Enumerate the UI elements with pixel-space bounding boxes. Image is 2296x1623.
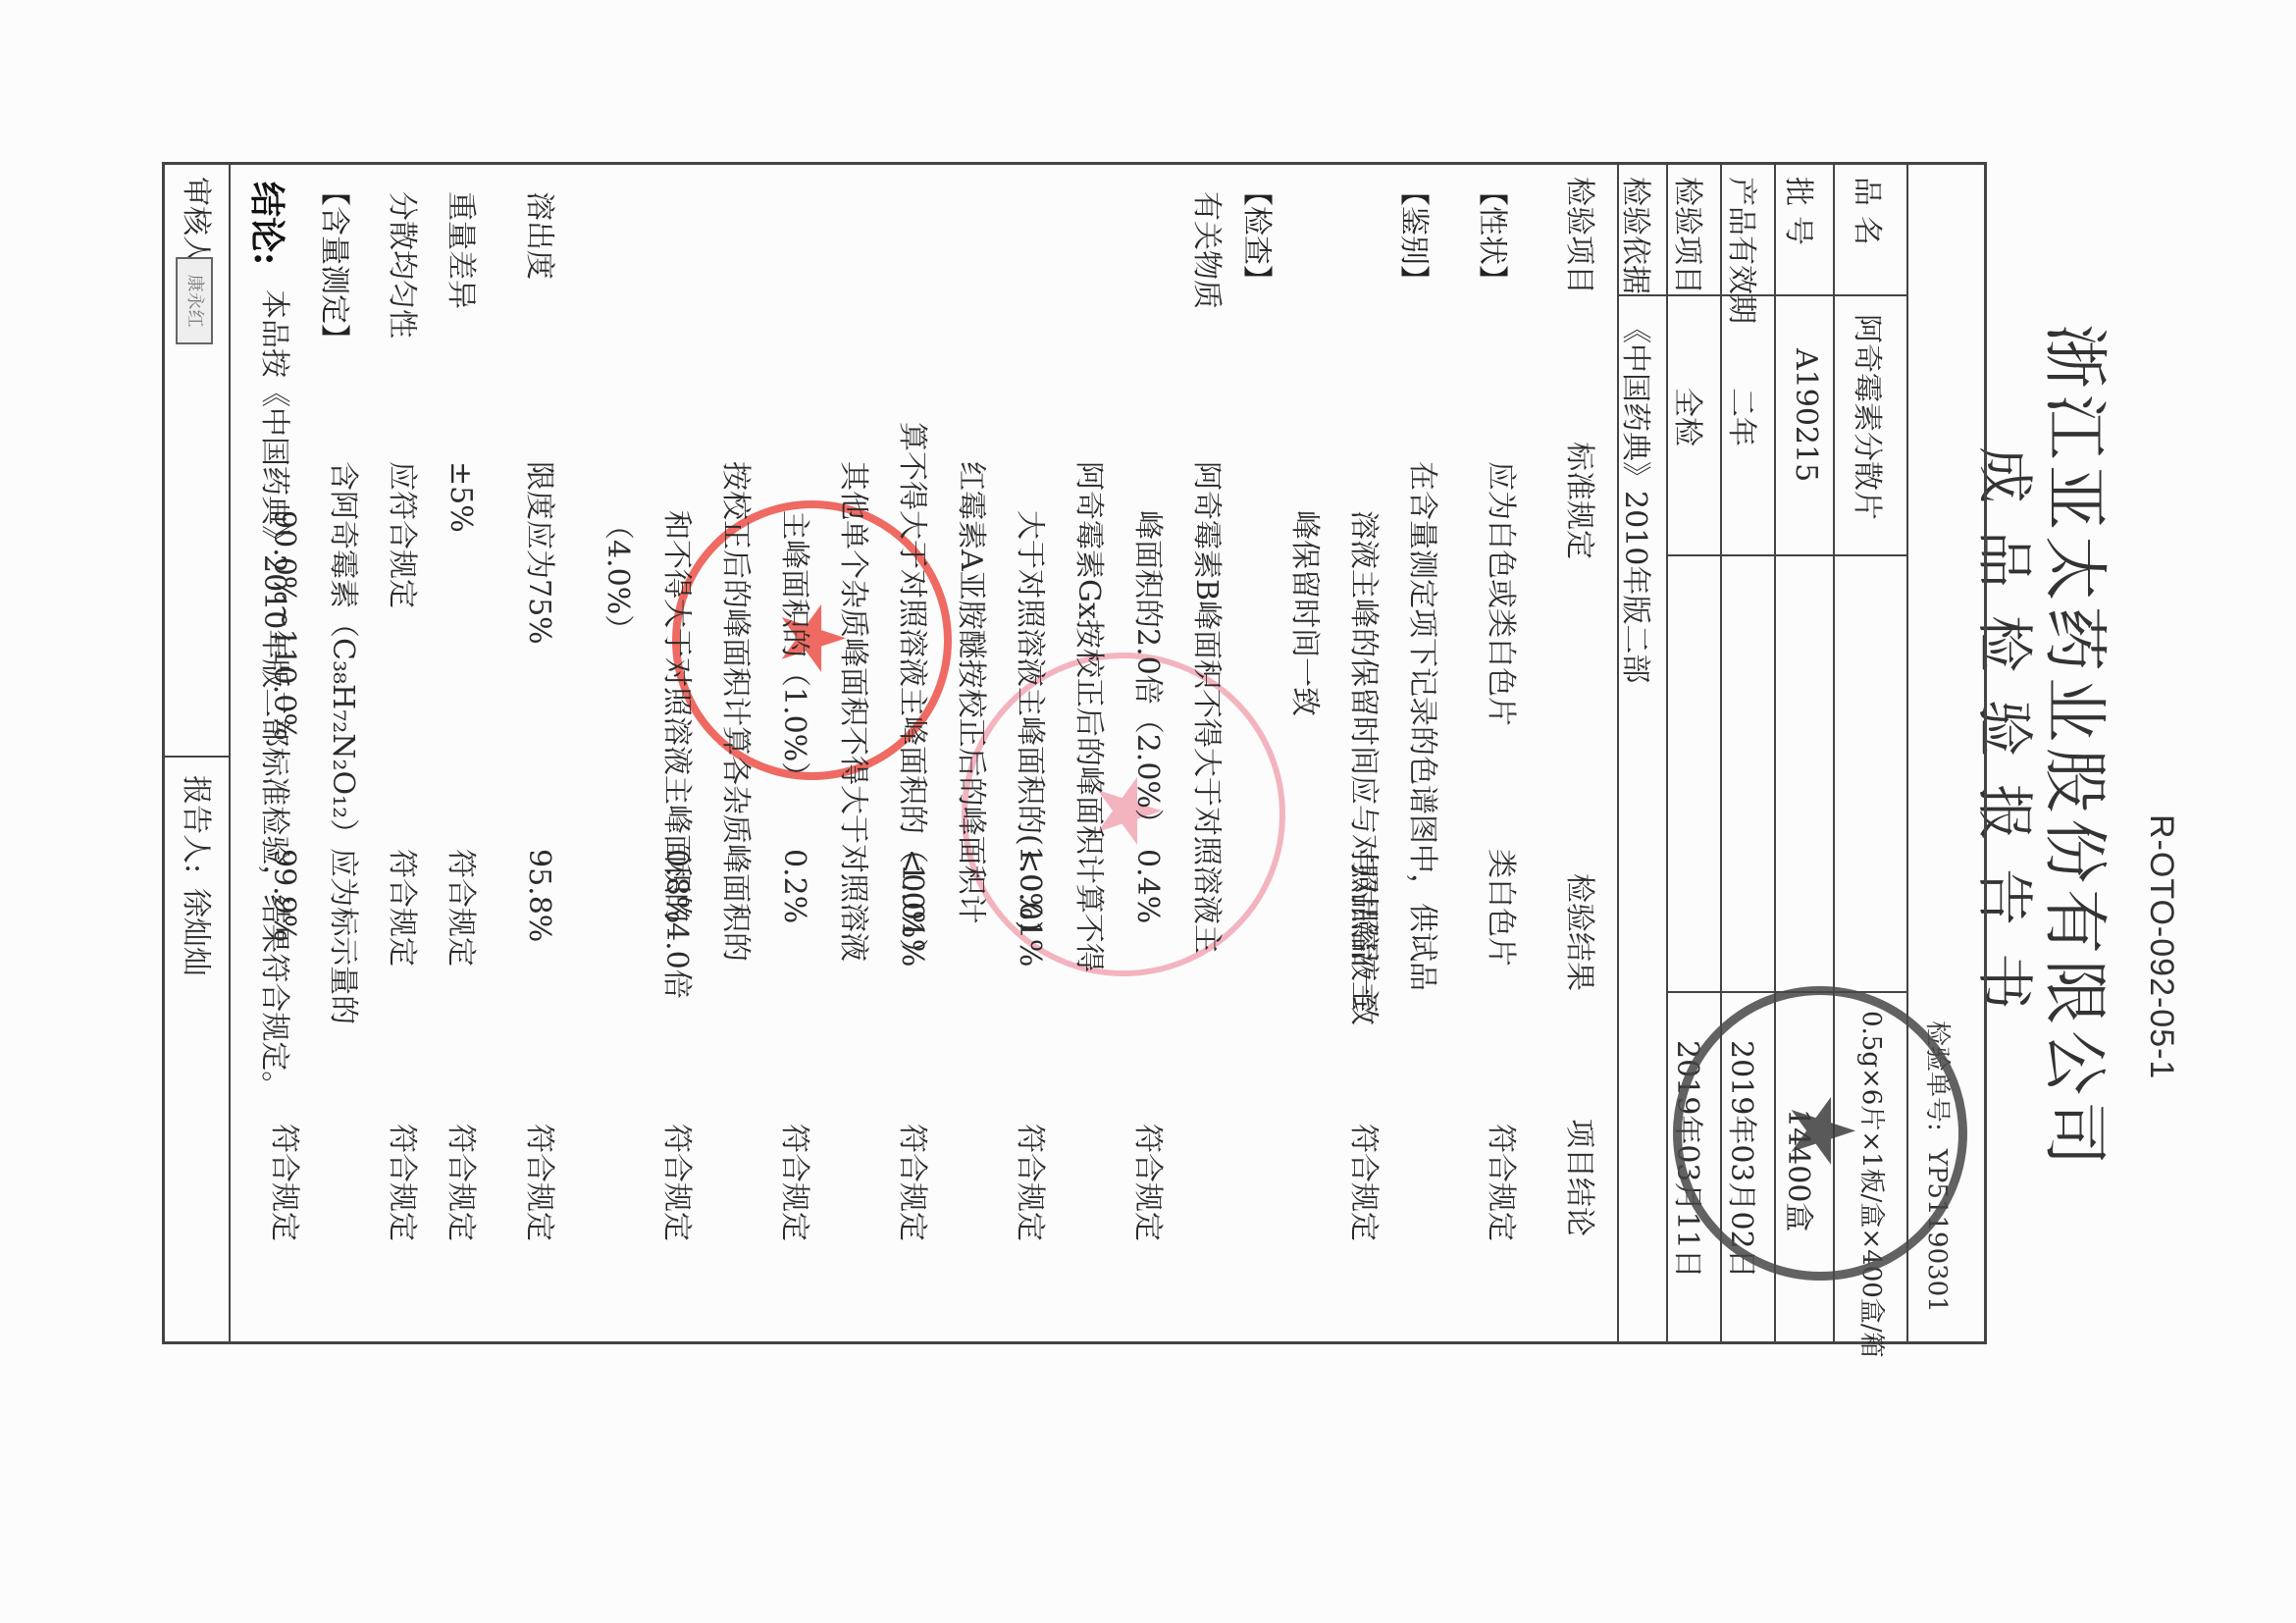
column-header-item: 检验项目	[1561, 177, 1604, 294]
test-result: 0.4%	[1117, 849, 1177, 923]
document-code: R-OTO-092-05-1	[2142, 814, 2180, 1079]
test-conclusion: 符合规定	[508, 1124, 569, 1241]
gray-quality-stamp: ★	[1673, 986, 1967, 1281]
column-header-conclusion: 项目结论	[1561, 1119, 1604, 1236]
standard-text: 按校正后的峰面积计算各杂质峰面积的	[704, 461, 765, 962]
info-label-test-scope: 检验项目	[1669, 177, 1712, 294]
test-conclusion: 符合规定	[1470, 1124, 1531, 1241]
info-value-batch: A190215	[1789, 348, 1823, 482]
test-result: 类白色片	[1470, 849, 1531, 967]
column-header-result: 检验结果	[1561, 873, 1604, 991]
test-conclusion: 符合规定	[1332, 1124, 1393, 1241]
test-conclusion: 符合规定	[999, 1124, 1060, 1241]
standard-text: ±5%	[430, 461, 491, 533]
info-label-batch: 批号	[1780, 177, 1823, 255]
divider	[1666, 162, 1668, 1344]
standard-text: 和不得大于对照溶液主峰面积的4.0倍	[646, 510, 706, 999]
section-label: 含量测定	[316, 177, 359, 353]
test-conclusion: 符合规定	[646, 1124, 706, 1241]
standard-text: 阿奇霉素Gx按校正后的峰面积计算不得	[1058, 461, 1119, 972]
test-conclusion: 符合规定	[371, 1124, 432, 1241]
standard-text: 应为白色或类白色片	[1470, 461, 1531, 726]
test-item: 溶出度	[508, 191, 569, 280]
test-result: 与对照品一致	[1332, 849, 1393, 1025]
test-conclusion: 符合规定	[881, 1124, 942, 1241]
standard-text: 红霉素A亚胺醚按校正后的峰面积计	[940, 461, 1001, 924]
standard-text: 峰面积的2.0倍（2.0%）	[1117, 510, 1177, 838]
star-icon: ★	[1777, 1091, 1865, 1171]
test-item: 有关物质	[1175, 191, 1236, 309]
test-result: 95.8%	[508, 849, 569, 942]
test-result: <0.01%	[881, 849, 942, 967]
standard-text: 阿奇霉素B峰面积不得大于对照溶液主	[1175, 461, 1236, 954]
divider	[1668, 554, 1908, 556]
info-label-name: 品名	[1849, 177, 1892, 255]
info-value-test-scope: 全检	[1669, 388, 1712, 446]
section-label: 性状	[1474, 177, 1517, 294]
test-result: <0.01%	[999, 849, 1060, 967]
info-label-basis: 检验依据	[1617, 177, 1660, 294]
test-item: 重量差异	[430, 191, 491, 309]
test-item: 分散均匀性	[371, 191, 432, 339]
test-conclusion: 符合规定	[430, 1124, 491, 1241]
standard-text: 峰保留时间一致	[1274, 510, 1334, 716]
standard-text: 主峰面积的（1.0%）	[763, 510, 824, 791]
test-conclusion: 符合规定	[253, 1124, 314, 1241]
test-result: 0.8%	[646, 849, 706, 923]
info-value-shelf-life: 二年	[1723, 388, 1766, 446]
test-conclusion: 符合规定	[1117, 1124, 1177, 1241]
reporter-name: 徐灿灿	[165, 888, 226, 976]
standard-text: 应符合规定	[371, 461, 432, 608]
test-result: 符合规定	[371, 849, 432, 967]
info-label-shelf-life: 产品有效期	[1723, 177, 1766, 324]
section-label: 鉴别	[1395, 177, 1438, 294]
info-value-name: 阿奇霉素分散片	[1849, 314, 1892, 520]
standard-text: 限度应为75%	[508, 461, 569, 645]
test-result: 符合规定	[430, 849, 491, 967]
standard-text: 在含量测定项下记录的色谱图中，供试品	[1391, 461, 1452, 991]
standard-text: （4.0%）	[587, 510, 648, 644]
standard-text: 其他单个杂质峰面积不得大于对照溶液	[822, 461, 883, 962]
divider	[162, 756, 231, 758]
info-value-basis: 《中国药典》2010年版二部	[1617, 314, 1660, 683]
inspection-report-page: R-OTO-092-05-1 浙江亚太药业股份有限公司 成品检验报告书 检验单号…	[0, 0, 2296, 1623]
divider	[229, 162, 231, 1344]
reporter-label: 报告人:	[165, 775, 226, 873]
test-result: 0.2%	[763, 849, 824, 923]
conclusion-label: 结论:	[244, 182, 294, 265]
test-result: 99.9%	[253, 849, 314, 942]
column-header-standard: 标准规定	[1561, 442, 1604, 559]
reviewer-signature: 康永红	[176, 257, 213, 344]
standard-text: 含阿奇霉素（C₃₈H₇₂N₂O₁₂）应为标示量的	[312, 461, 373, 1024]
standard-text: 90.0%~110.0%	[253, 510, 314, 741]
test-conclusion: 符合规定	[763, 1124, 824, 1241]
section-label: 检查	[1238, 177, 1281, 294]
